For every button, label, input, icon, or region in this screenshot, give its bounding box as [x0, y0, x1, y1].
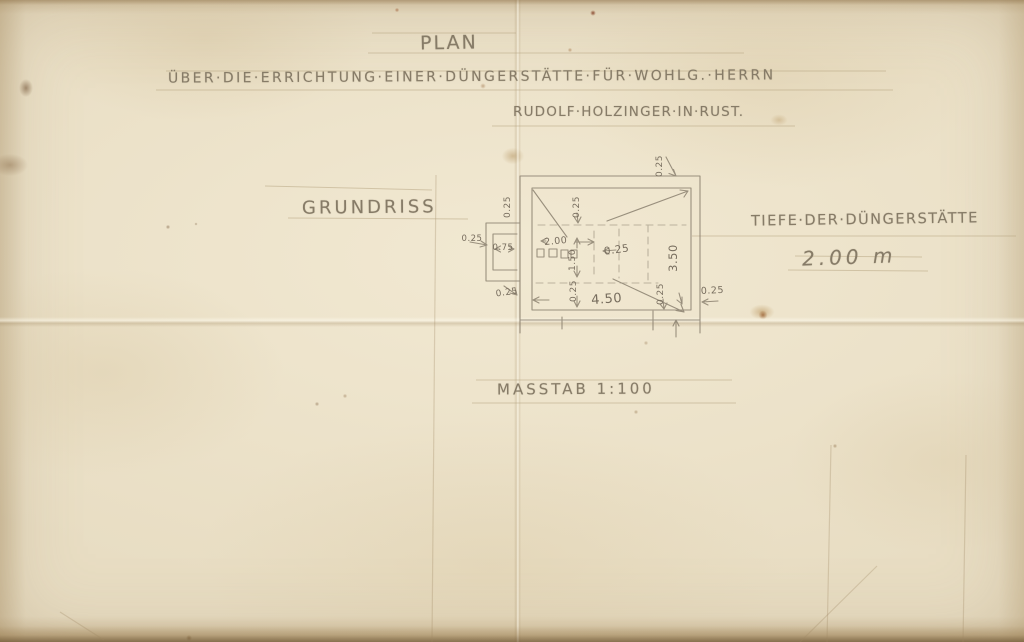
dimension-labels: 0.25 0.25 0.25 0.75 0.25 0.25 2.00 0.25 … — [462, 155, 725, 308]
dim-four-fifty: 4.50 — [591, 291, 623, 308]
dim-top-right: 0.25 — [655, 155, 665, 177]
dim-inlet-left: 0.25 — [462, 234, 483, 244]
grundriss-plan-drawing: 0.25 0.25 0.25 0.75 0.25 0.25 2.00 0.25 … — [0, 0, 1024, 642]
document-subtitle-line2: RUDOLF·HOLZINGER·IN·RUST. — [513, 104, 744, 120]
dim-inlet-bottom: 0.25 — [495, 287, 518, 300]
scale-note: MASSTAB 1:100 — [497, 379, 655, 398]
document-title: PLAN — [420, 31, 478, 54]
scanned-paper-document: 0.25 0.25 0.25 0.75 0.25 0.25 2.00 0.25 … — [0, 0, 1024, 642]
dim-left-top: 0.25 — [503, 196, 513, 218]
depth-note-value: 2.00 m — [802, 243, 897, 270]
depth-note-title: TIEFE·DER·DÜNGERSTÄTTE — [751, 210, 979, 229]
dim-center-top: 0.25 — [572, 196, 582, 218]
dim-three-fifty: 3.50 — [666, 244, 680, 272]
dim-bottom-right-outer: 0.25 — [701, 285, 725, 297]
dim-mid-wall: 0.25 — [603, 242, 630, 257]
section-label-grundriss: GRUNDRISS — [302, 196, 437, 218]
dim-two-meters: 2.00 — [544, 235, 568, 248]
dim-below-one-fifty: 0.25 — [569, 280, 579, 302]
dim-inlet-width: 0.75 — [493, 243, 514, 253]
dim-one-fifty: 1.50 — [568, 249, 578, 271]
document-subtitle-line1: ÜBER·DIE·ERRICHTUNG·EINER·DÜNGERSTÄTTE·F… — [168, 67, 776, 86]
dim-bottom-right-inner: 0.25 — [656, 283, 666, 305]
